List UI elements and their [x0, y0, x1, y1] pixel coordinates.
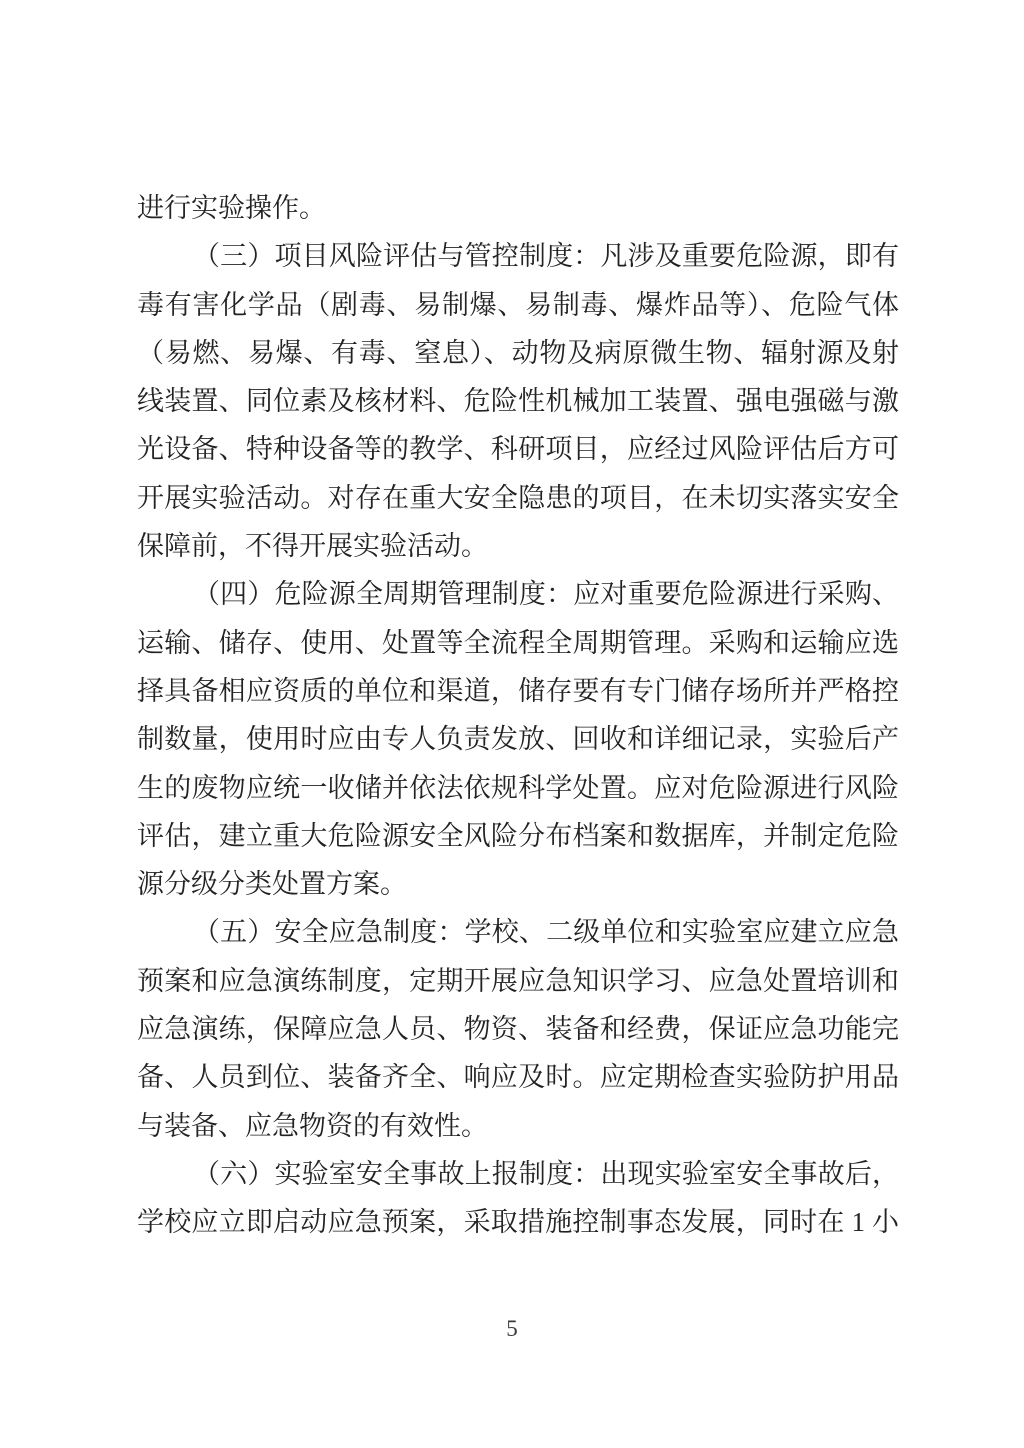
- text-line: 与装备、应急物资的有效性。: [137, 1102, 899, 1150]
- text-line: 生的废物应统一收储并依法依规科学处置。应对危险源进行风险: [137, 764, 899, 812]
- text-line: 运输、储存、使用、处置等全流程全周期管理。采购和运输应选: [137, 619, 899, 667]
- text-line: 学校应立即启动应急预案，采取措施控制事态发展，同时在 1 小: [137, 1198, 899, 1246]
- text-line: （五）安全应急制度：学校、二级单位和实验室应建立应急: [137, 908, 899, 956]
- text-line: 预案和应急演练制度，定期开展应急知识学习、应急处置培训和: [137, 957, 899, 1005]
- document-page: 进行实验操作。（三）项目风险评估与管控制度：凡涉及重要危险源，即有毒有害化学品（…: [0, 0, 1024, 1448]
- text-line: 开展实验活动。对存在重大安全隐患的项目，在未切实落实安全: [137, 474, 899, 522]
- text-line: 保障前，不得开展实验活动。: [137, 522, 899, 570]
- text-line: （易燃、易爆、有毒、窒息）、动物及病原微生物、辐射源及射: [137, 329, 899, 377]
- text-line: （三）项目风险评估与管控制度：凡涉及重要危险源，即有: [137, 232, 899, 280]
- text-line: 进行实验操作。: [137, 184, 899, 232]
- text-line: 源分级分类处置方案。: [137, 860, 899, 908]
- text-line: 线装置、同位素及核材料、危险性机械加工装置、强电强磁与激: [137, 377, 899, 425]
- text-line: 评估，建立重大危险源安全风险分布档案和数据库，并制定危险: [137, 812, 899, 860]
- text-line: 应急演练，保障应急人员、物资、装备和经费，保证应急功能完: [137, 1005, 899, 1053]
- text-line: （四）危险源全周期管理制度：应对重要危险源进行采购、: [137, 570, 899, 618]
- text-line: 光设备、特种设备等的教学、科研项目，应经过风险评估后方可: [137, 425, 899, 473]
- text-line: 制数量，使用时应由专人负责发放、回收和详细记录，实验后产: [137, 715, 899, 763]
- document-body: 进行实验操作。（三）项目风险评估与管控制度：凡涉及重要危险源，即有毒有害化学品（…: [137, 184, 899, 1247]
- text-line: 毒有害化学品（剧毒、易制爆、易制毒、爆炸品等）、危险气体: [137, 281, 899, 329]
- text-line: 择具备相应资质的单位和渠道，储存要有专门储存场所并严格控: [137, 667, 899, 715]
- text-line: （六）实验室安全事故上报制度：出现实验室安全事故后，: [137, 1150, 899, 1198]
- page-number: 5: [0, 1316, 1024, 1342]
- text-line: 备、人员到位、装备齐全、响应及时。应定期检查实验防护用品: [137, 1053, 899, 1101]
